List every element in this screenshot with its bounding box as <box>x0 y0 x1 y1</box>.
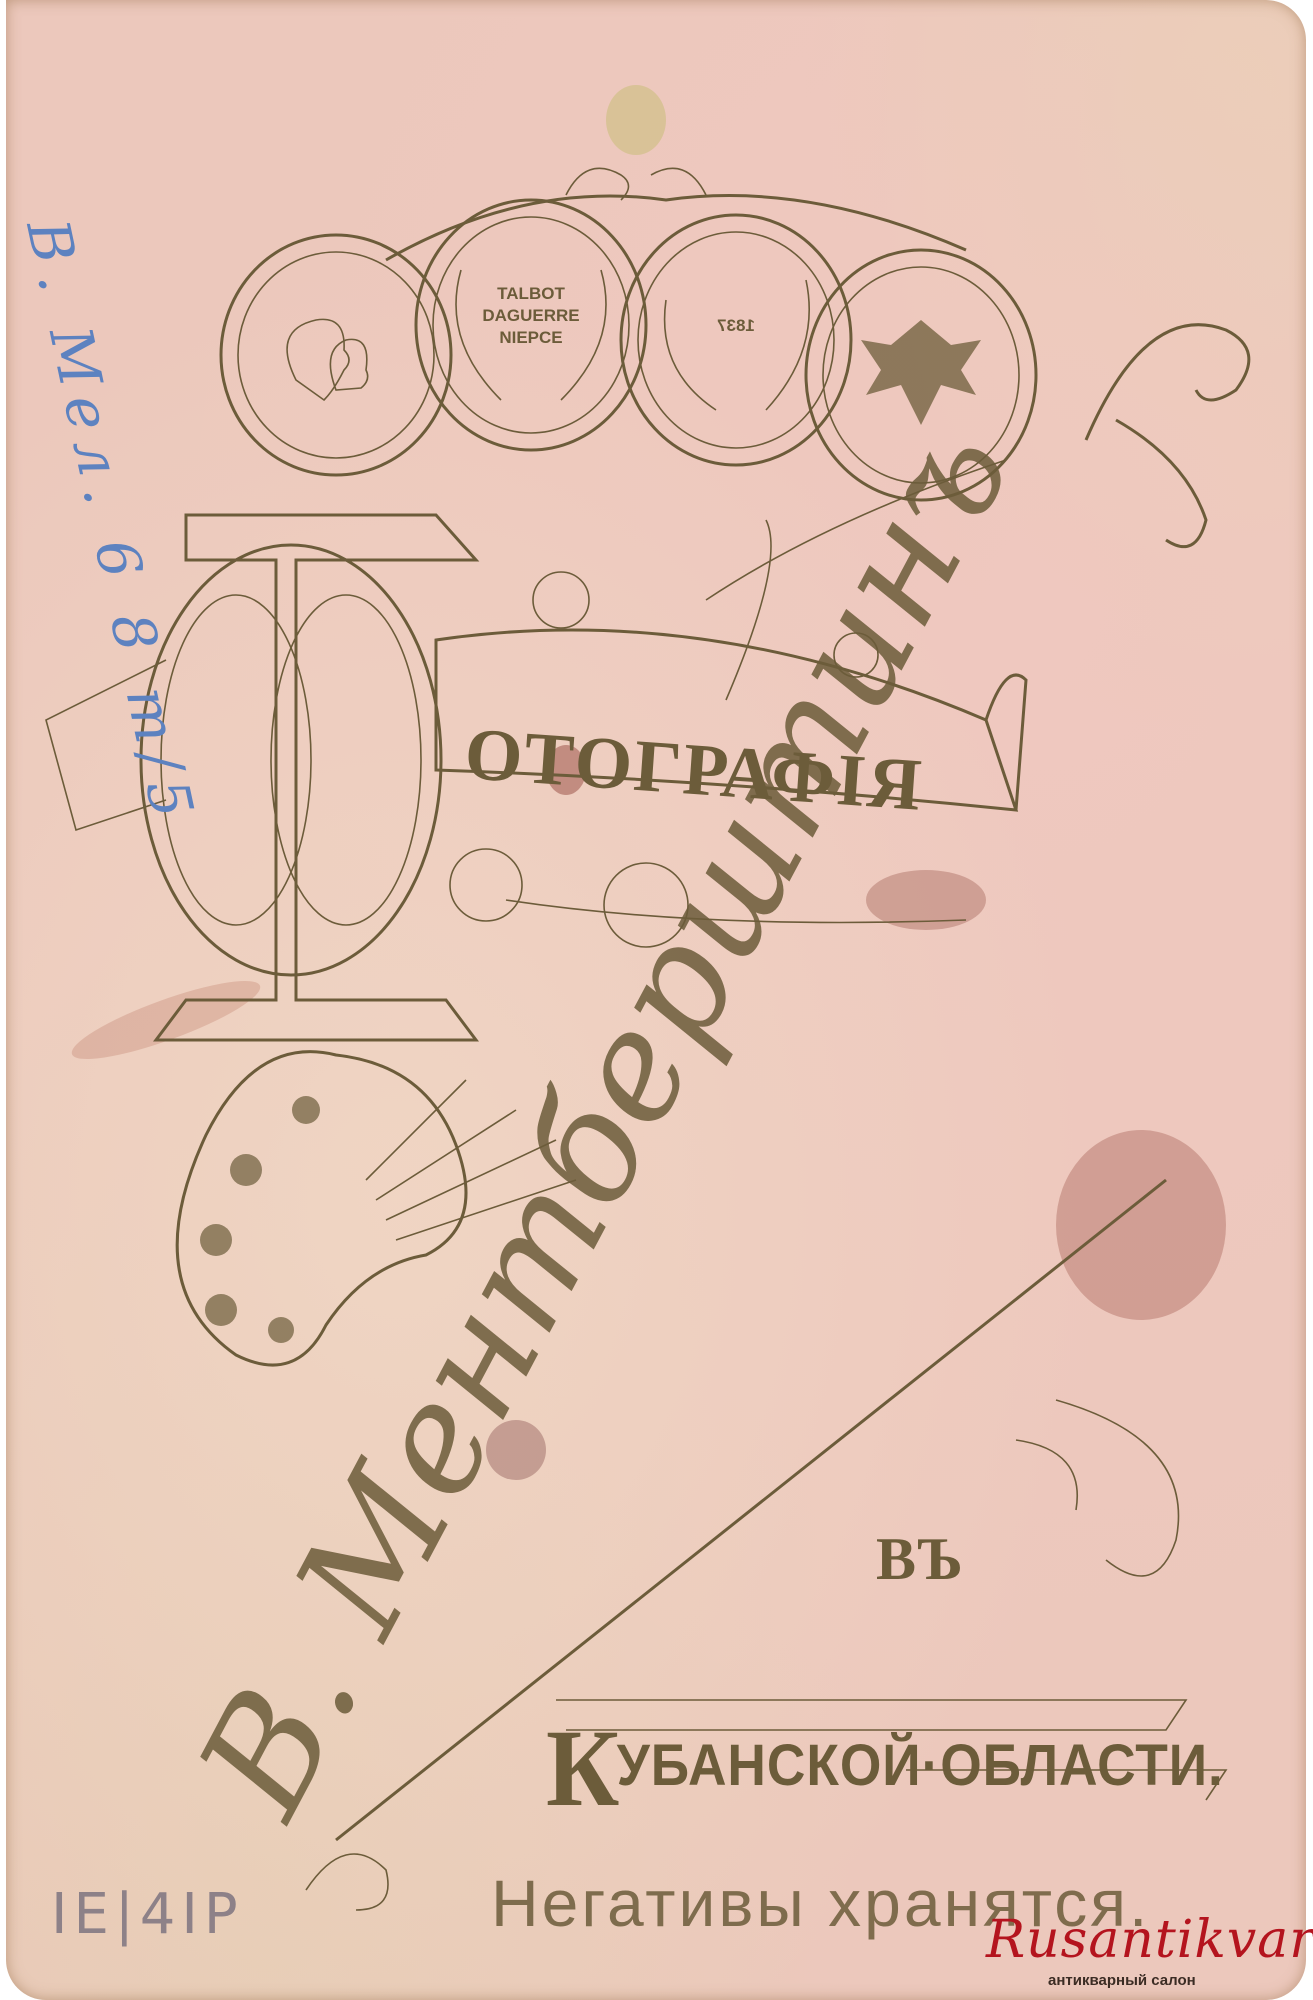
watermark-brand: Rusantikvar <box>986 1910 1313 1970</box>
region-initial: К <box>546 1707 620 1829</box>
watermark-subtitle: антикварный салон <box>1048 1972 1196 1989</box>
region-line: КУБАНСКОЙ·ОБЛАСТИ. <box>546 1705 1224 1832</box>
medallion-portraits-icon <box>221 235 451 475</box>
preposition-text: ВЪ <box>876 1525 967 1594</box>
pencil-inventory-mark: IE|4IP <box>51 1882 244 1947</box>
medallion-names-label: TALBOT DAGUERRE NIEPCE <box>476 283 586 349</box>
cabinet-card: В. Мел. 6 8 т/5 TALBOT DAGUERRE NIEPCE 1… <box>6 0 1306 2000</box>
region-text: УБАНСКОЙ·ОБЛАСТИ. <box>617 1733 1224 1798</box>
medallion-year-label: 1837 <box>696 315 776 337</box>
